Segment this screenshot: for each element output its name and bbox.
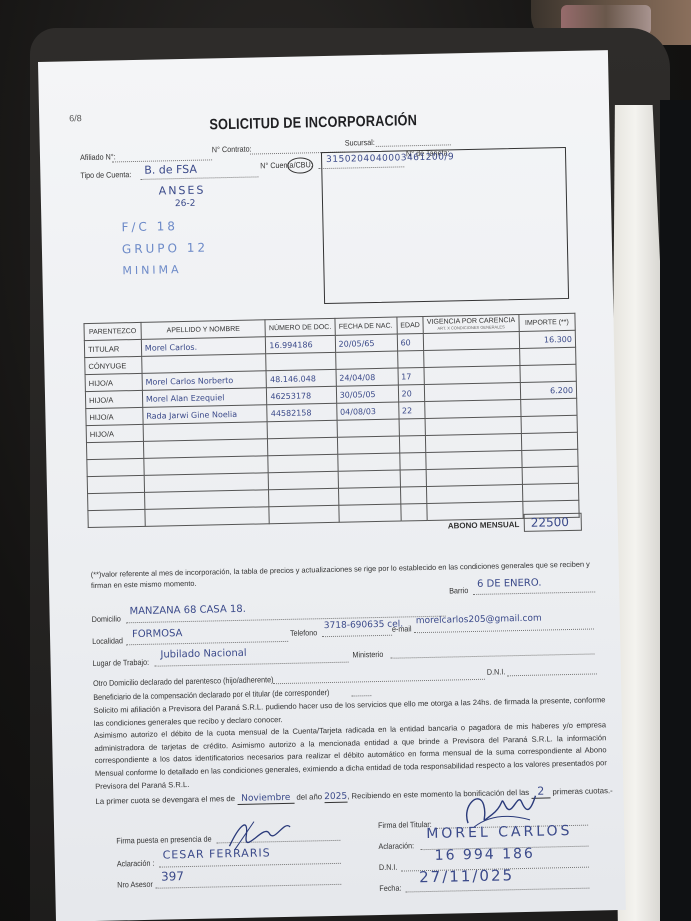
dni-value: 16 994 186 xyxy=(435,846,535,864)
birth-date-cell[interactable] xyxy=(337,436,399,454)
abono-field[interactable]: 22500 xyxy=(524,513,582,532)
sucursal-label: Sucursal: xyxy=(345,138,375,148)
amount-cell[interactable] xyxy=(522,466,579,484)
domicilio-value: MANZANA 68 CASA 18. xyxy=(129,604,246,617)
contrato-label: N° Contrato: xyxy=(212,145,252,155)
age-cell[interactable]: 22 xyxy=(398,401,425,419)
tipo-cuenta-value: B. de FSA xyxy=(144,163,197,177)
vigencia-cell[interactable] xyxy=(426,433,522,452)
age-cell[interactable] xyxy=(399,452,426,470)
amount-cell[interactable] xyxy=(519,347,576,365)
age-cell[interactable]: 60 xyxy=(397,333,424,351)
relationship-cell: HIJO/A xyxy=(86,424,143,442)
document-number-cell[interactable] xyxy=(268,454,338,472)
age-cell[interactable] xyxy=(399,418,426,436)
fecha-field[interactable] xyxy=(405,888,589,893)
vigencia-cell[interactable] xyxy=(425,399,521,418)
abono-value: 22500 xyxy=(531,515,569,530)
legal-text: Solicito mi afiliación a Previsora del P… xyxy=(93,694,607,793)
age-cell[interactable]: 17 xyxy=(398,367,425,385)
first-installment-month[interactable]: Noviembre xyxy=(237,793,294,805)
birth-date-cell[interactable]: 04/08/03 xyxy=(336,402,398,420)
fecha-value: 27/11/025 xyxy=(419,866,514,886)
document-number-cell[interactable] xyxy=(267,420,337,438)
document-number-cell[interactable]: 44582158 xyxy=(267,403,337,421)
vigencia-cell[interactable] xyxy=(425,416,521,435)
relationship-cell: HIJO/A xyxy=(86,407,143,425)
birth-date-cell[interactable] xyxy=(337,419,399,437)
trabajo-label: Lugar de Trabajo: xyxy=(93,658,150,668)
vigencia-cell[interactable] xyxy=(424,331,520,350)
vigencia-cell[interactable] xyxy=(426,467,522,486)
asesor-label: Nro Asesor xyxy=(117,880,153,890)
birth-date-cell[interactable] xyxy=(337,453,399,471)
birth-date-cell[interactable] xyxy=(335,351,397,369)
note-code: 26-2 xyxy=(175,199,196,209)
document-number-cell[interactable]: 46253178 xyxy=(267,386,337,404)
birth-date-cell[interactable]: 24/04/08 xyxy=(336,368,398,386)
asesor-value: 397 xyxy=(161,869,184,883)
document-number-cell[interactable] xyxy=(269,505,339,523)
aclaracion-asesor-value: CESAR FERRARIS xyxy=(162,846,270,861)
domicilio-label: Domicilio xyxy=(92,614,121,624)
cbu-value: 3150204040003461200/9 xyxy=(326,152,454,165)
page-number: 6/8 xyxy=(69,113,82,123)
vigencia-cell[interactable] xyxy=(427,501,523,520)
relationship-cell xyxy=(87,475,144,493)
vigencia-cell[interactable] xyxy=(427,484,523,503)
legal-paragraph-2: Asimismo autorizo el débito de la cuota … xyxy=(94,719,607,793)
trabajo-value: Jubilado Nacional xyxy=(160,648,246,661)
presencia-label: Firma puesta en presencia de xyxy=(116,835,211,846)
amount-cell[interactable] xyxy=(520,364,577,382)
age-cell[interactable] xyxy=(400,503,427,521)
document-number-cell[interactable] xyxy=(269,488,339,506)
document-number-cell[interactable] xyxy=(266,352,336,370)
relationship-cell: HIJO/A xyxy=(85,373,142,391)
amount-cell[interactable]: 6.200 xyxy=(520,381,577,399)
aclaracion-asesor-field[interactable] xyxy=(159,863,341,868)
asesor-field[interactable] xyxy=(155,884,341,889)
binder-edge xyxy=(660,100,691,921)
email-field[interactable] xyxy=(414,628,594,633)
amount-cell[interactable] xyxy=(521,415,578,433)
form-title: SOLICITUD DE INCORPORACIÓN xyxy=(209,112,417,133)
firma-titular-label: Firma del Titular: xyxy=(378,820,432,830)
col-parentesco: PARENTEZCO xyxy=(84,322,141,340)
document-number-cell[interactable] xyxy=(268,437,338,455)
relationship-cell xyxy=(86,441,143,459)
aclaracion-asesor-label: Aclaración : xyxy=(117,859,155,869)
cbu-circle-mark xyxy=(287,157,313,174)
cbu-box[interactable]: 3150204040003461200/9 xyxy=(321,147,569,304)
localidad-label: Localidad xyxy=(92,636,123,646)
birth-date-cell[interactable] xyxy=(338,504,400,522)
col-edad: EDAD xyxy=(396,316,423,334)
birth-date-cell[interactable] xyxy=(338,470,400,488)
trabajo-field[interactable] xyxy=(155,662,349,667)
document-number-cell[interactable] xyxy=(269,471,339,489)
tipo-cuenta-label: Tipo de Cuenta: xyxy=(80,170,131,180)
age-cell[interactable] xyxy=(400,486,427,504)
ministerio-field[interactable] xyxy=(391,653,595,658)
relationship-cell xyxy=(88,492,145,510)
col-nac: FECHA DE NAC. xyxy=(335,317,397,335)
members-table: PARENTEZCO APELLIDO Y NOMBRE NÚMERO DE D… xyxy=(83,313,579,528)
localidad-value: FORMOSA xyxy=(132,628,183,640)
vigencia-cell[interactable] xyxy=(424,348,520,367)
amount-cell[interactable]: 16.300 xyxy=(519,330,576,348)
otro-domicilio-label: Otro Domicilio declarado del parentesco … xyxy=(93,675,274,688)
plan-note-minima: MINIMA xyxy=(122,263,181,277)
fecha-label: Fecha: xyxy=(379,884,401,893)
otro-domicilio-field[interactable] xyxy=(273,679,485,684)
col-importe: IMPORTE (**) xyxy=(519,313,576,331)
amount-cell[interactable] xyxy=(521,449,578,467)
document-number-cell[interactable]: 48.146.048 xyxy=(266,369,336,387)
age-cell[interactable] xyxy=(400,469,427,487)
age-cell[interactable] xyxy=(399,435,426,453)
note-anses: ANSES xyxy=(159,184,206,198)
birth-date-cell[interactable]: 20/05/65 xyxy=(335,334,397,352)
aclaracion-value: MOREL CARLOS xyxy=(426,823,573,842)
age-cell[interactable]: 20 xyxy=(398,384,425,402)
amount-cell[interactable] xyxy=(520,398,577,416)
name-cell[interactable] xyxy=(145,507,270,527)
localidad-field[interactable] xyxy=(126,641,288,645)
barrio-field[interactable] xyxy=(473,591,595,595)
application-form: 6/8 SOLICITUD DE INCORPORACIÓN Afiliado … xyxy=(38,50,626,921)
vigencia-cell[interactable] xyxy=(424,365,520,384)
afiliado-label: Afiliado N°: xyxy=(80,152,116,162)
telefono-label: Telefono xyxy=(290,628,317,638)
birth-date-cell[interactable] xyxy=(338,487,400,505)
tipo-cuenta-field[interactable] xyxy=(140,176,258,179)
aclaracion-label: Aclaración: xyxy=(378,841,414,851)
col-doc: NÚMERO DE DOC. xyxy=(265,318,335,336)
vigencia-cell[interactable] xyxy=(426,450,522,469)
dni-adherente-field[interactable] xyxy=(507,673,597,676)
amount-cell[interactable] xyxy=(522,483,579,501)
amount-cell[interactable] xyxy=(521,432,578,450)
telefono-field[interactable] xyxy=(322,635,392,637)
barrio-value: 6 DE ENERO. xyxy=(477,578,542,590)
dni-label: D.N.I. xyxy=(379,863,398,872)
col-vigencia: VIGENCIA POR CARENCIAART. X CONDICIONES … xyxy=(423,314,519,333)
relationship-cell xyxy=(87,458,144,476)
birth-date-cell[interactable]: 30/05/05 xyxy=(336,385,398,403)
email-value: morelcarlos205@gmail.com xyxy=(416,614,542,627)
dni-adherente-label: D.N.I. xyxy=(487,667,506,676)
email-label: e-mail xyxy=(392,624,412,633)
relationship-cell: CÓNYUGE xyxy=(85,356,142,374)
first-installment-year[interactable]: 2025 xyxy=(324,792,347,803)
relationship-cell: TITULAR xyxy=(84,339,141,357)
ministerio-label: Ministerio xyxy=(352,650,383,660)
relationship-cell: HIJO/A xyxy=(85,390,142,408)
abono-label: ABONO MENSUAL xyxy=(448,520,520,530)
plan-note-fc: F/C 18 xyxy=(121,219,178,234)
sucursal-field[interactable] xyxy=(376,144,451,147)
age-cell[interactable] xyxy=(397,350,424,368)
document-number-cell[interactable]: 16.994186 xyxy=(266,335,336,353)
plan-note-grupo: GRUPO 12 xyxy=(122,240,208,256)
vigencia-cell[interactable] xyxy=(425,382,521,401)
beneficiario-field[interactable] xyxy=(351,695,371,696)
barrio-label: Barrio xyxy=(449,586,468,595)
relationship-cell xyxy=(88,509,145,527)
